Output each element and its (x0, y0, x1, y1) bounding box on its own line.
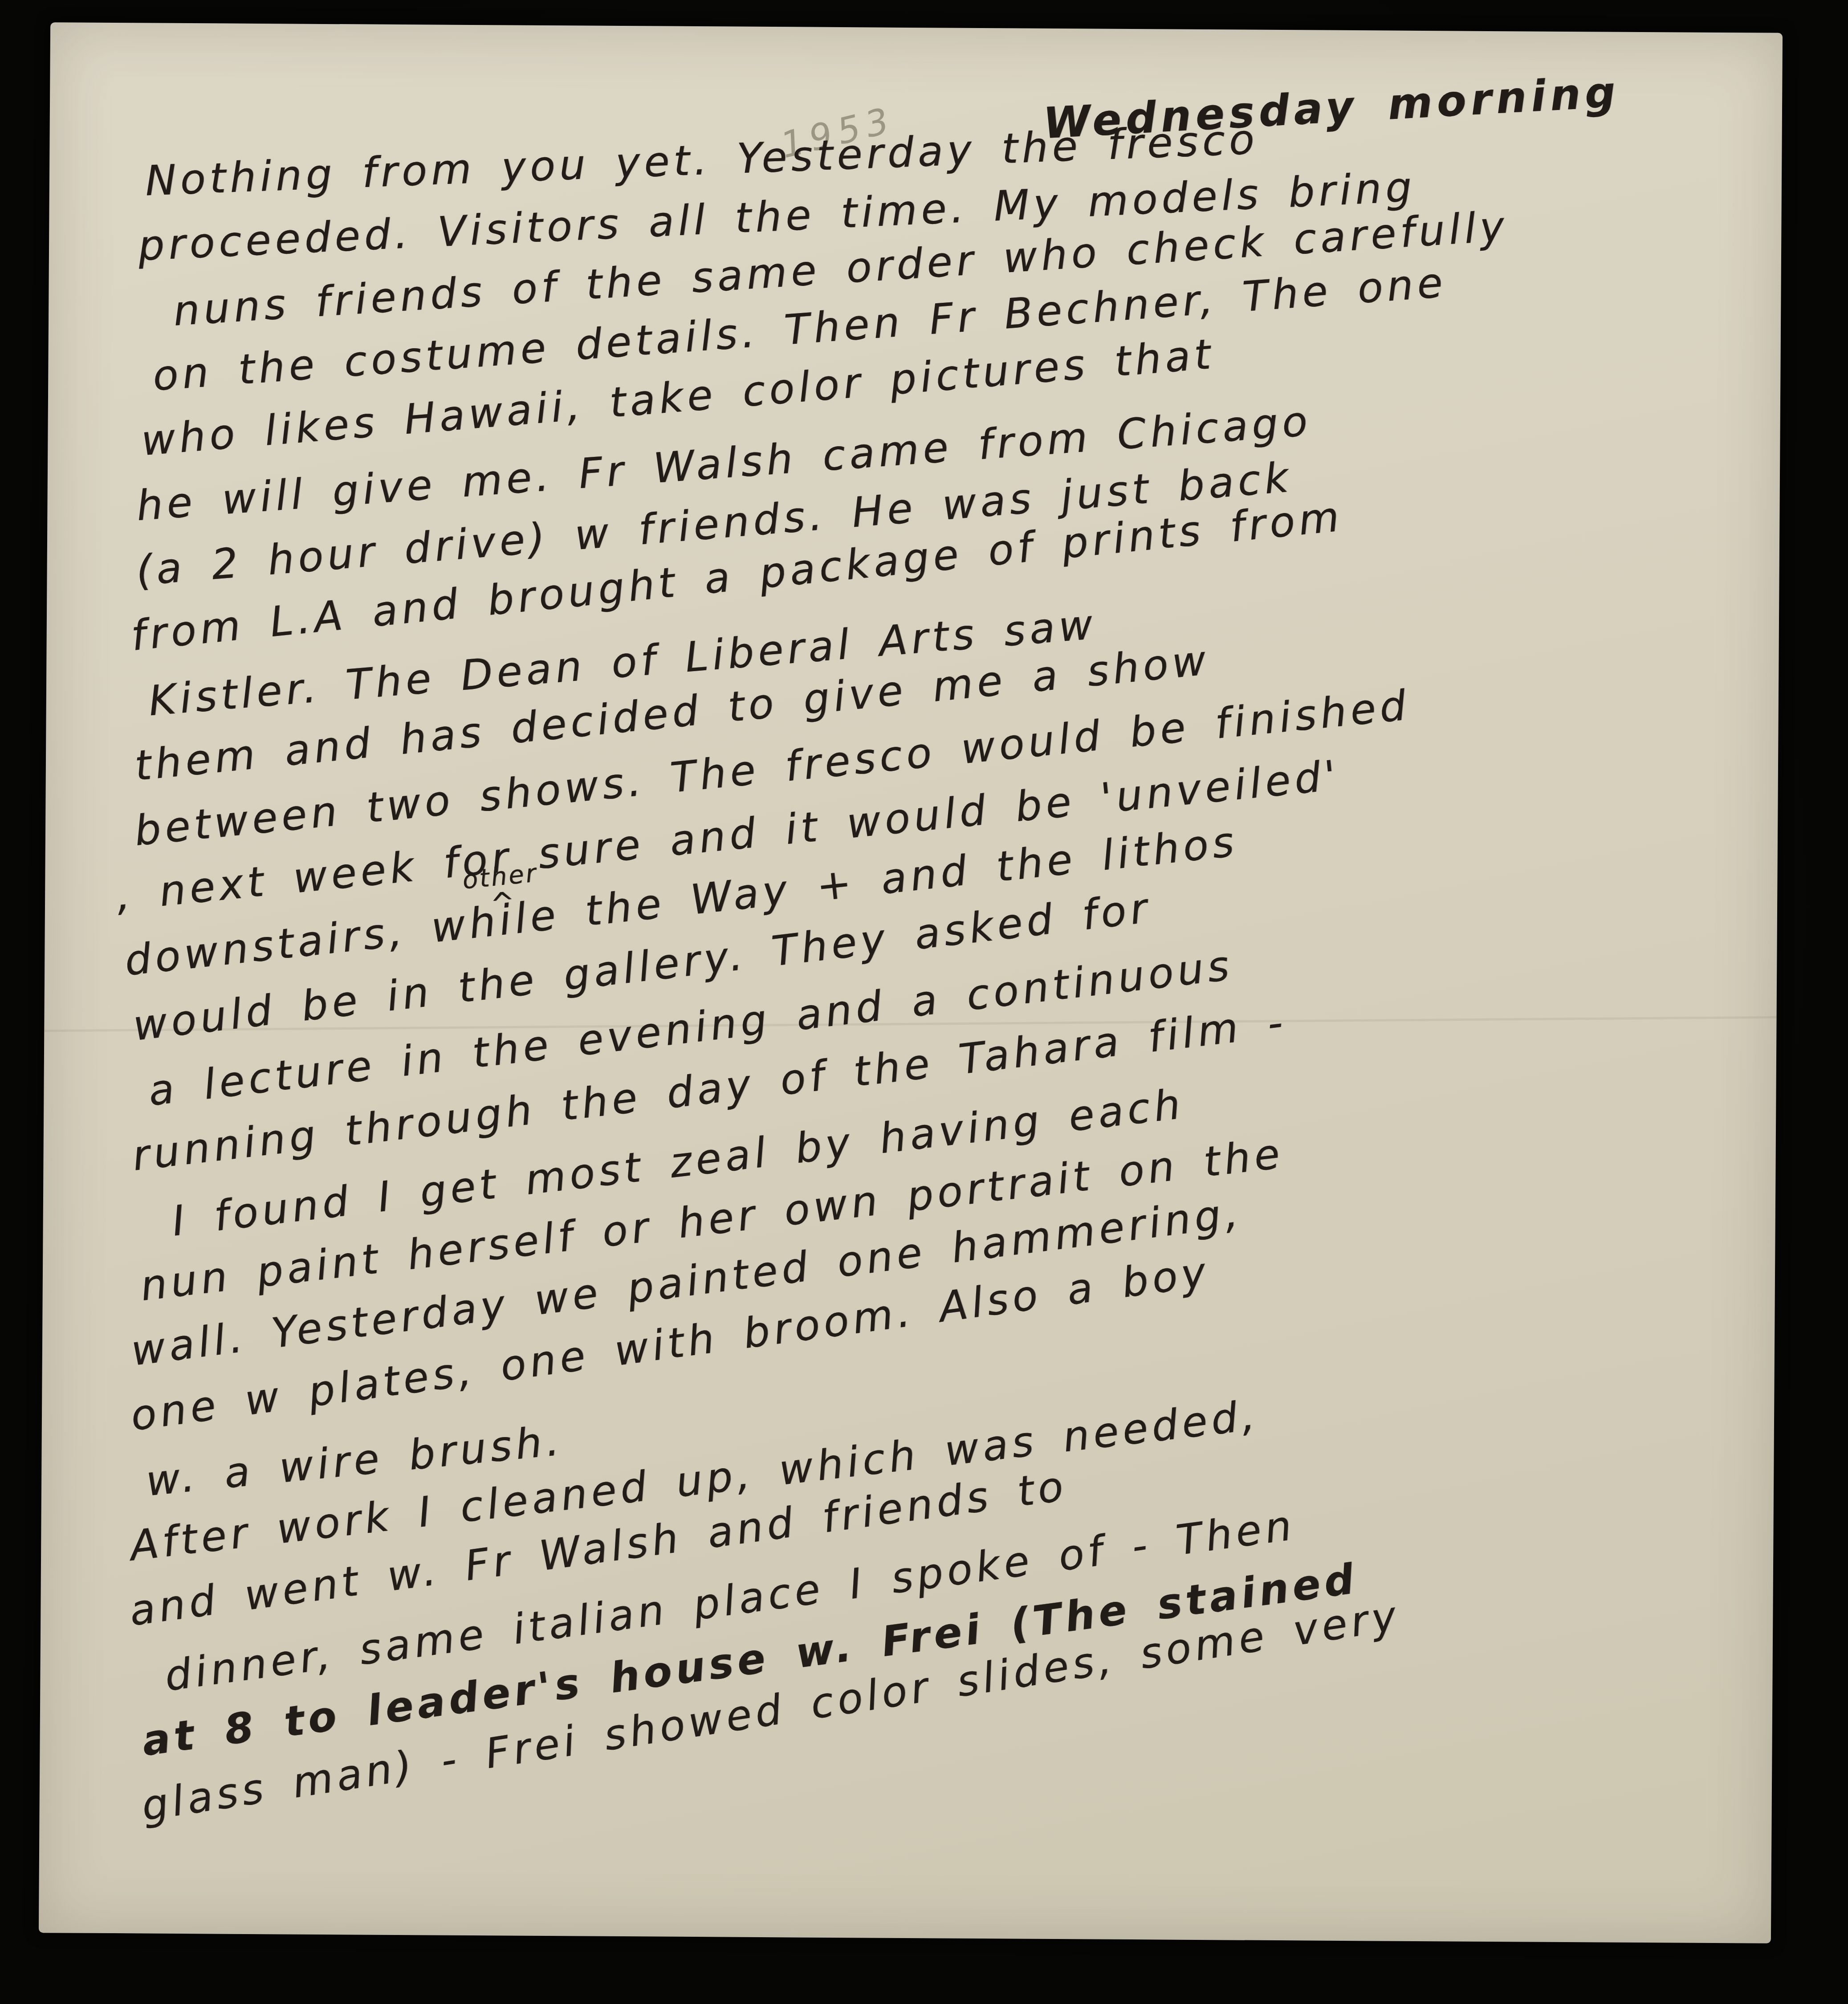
scan-background: 1953 Wednesday morning Nothing from you … (0, 0, 1848, 2004)
inserted-word: other ^ (461, 860, 541, 920)
letter-body: Nothing from you yet. Yesterday the fres… (77, 148, 1753, 1849)
letter-paper: 1953 Wednesday morning Nothing from you … (39, 22, 1783, 1943)
